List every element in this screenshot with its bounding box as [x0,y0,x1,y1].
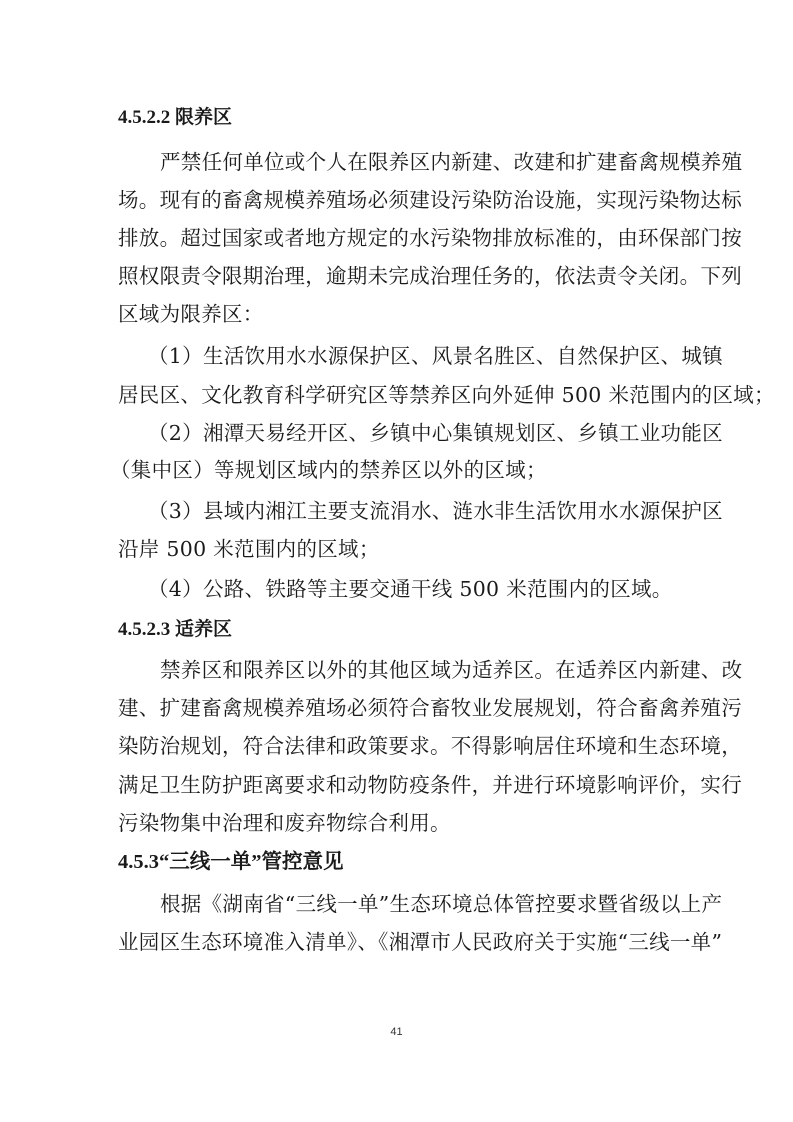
paragraph-line: 污染物集中治理和废弃物综合利用。 [118,811,678,835]
list-item-1-continued: 居民区、文化教育科学研究区等禁养区向外延伸 500 米范围内的区域； [118,383,678,407]
paragraph-line: 染防治规划，符合法律和政策要求。不得影响居住环境和生态环境， [118,734,678,758]
paragraph-line: 排放。超过国家或者地方规定的水污染物排放标准的，由环保部门按 [118,226,678,250]
page-number: 41 [0,1026,793,1038]
paragraph-line: 照权限责令限期治理，逾期未完成治理任务的，依法责令关闭。下列 [118,264,678,288]
section-heading-4-5-3: 4.5.3“三线一单”管控意见 [118,850,344,874]
list-item-4: （4）公路、铁路等主要交通干线 500 米范围内的区域。 [148,577,708,601]
paragraph-line: 建、扩建畜禽规模养殖场必须符合畜牧业发展规划，符合畜禽养殖污 [118,696,678,720]
paragraph-line: 业园区生态环境准入清单》、《湘潭市人民政府关于实施“三线一单” [118,930,678,954]
paragraph-line: 场。现有的畜禽规模养殖场必须建设污染防治设施，实现污染物达标 [118,188,678,212]
paragraph-line: 严禁任何单位或个人在限养区内新建、改建和扩建畜禽规模养殖 [160,150,720,174]
paragraph-line: 根据《湖南省“三线一单”生态环境总体管控要求暨省级以上产 [160,892,720,916]
list-item-1: （1）生活饮用水水源保护区、风景名胜区、自然保护区、城镇 [148,344,708,368]
paragraph-line: 满足卫生防护距离要求和动物防疫条件，并进行环境影响评价，实行 [118,773,678,797]
section-heading-4-5-2-3: 4.5.2.3 适养区 [118,618,232,642]
list-item-2: （2）湘潭天易经开区、乡镇中心集镇规划区、乡镇工业功能区 [148,421,708,445]
section-heading-4-5-2-2: 4.5.2.2 限养区 [118,106,232,130]
list-item-2-continued: （集中区）等规划区域内的禁养区以外的区域； [110,458,670,482]
list-item-3: （3）县域内湘江主要支流涓水、涟水非生活饮用水水源保护区 [148,499,708,523]
document-page: 4.5.2.2 限养区 严禁任何单位或个人在限养区内新建、改建和扩建畜禽规模养殖… [0,0,793,1122]
paragraph-line: 禁养区和限养区以外的其他区域为适养区。在适养区内新建、改 [160,658,720,682]
list-item-3-continued: 沿岸 500 米范围内的区域； [118,537,678,561]
paragraph-line: 区域为限养区： [118,302,678,326]
